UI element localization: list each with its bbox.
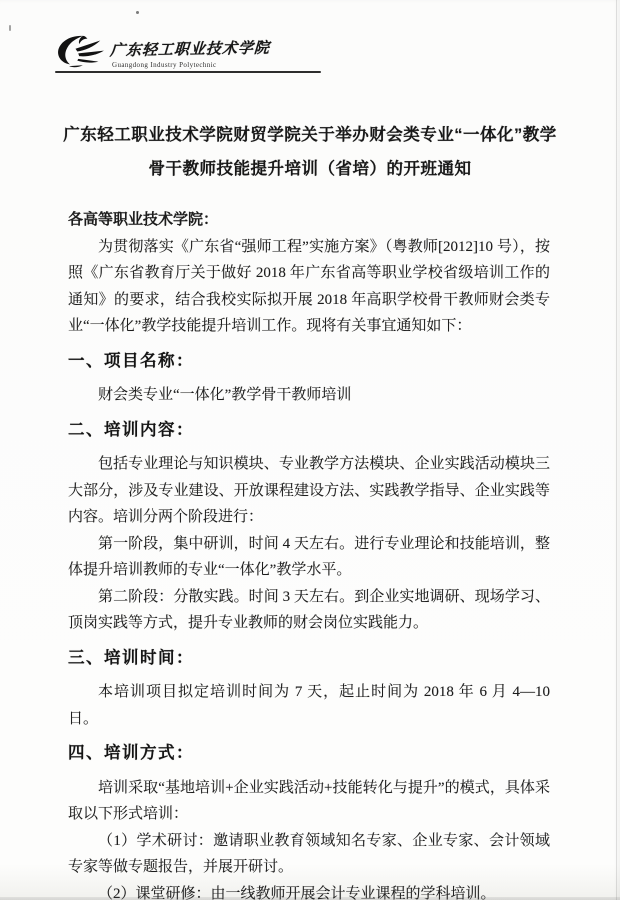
project-name-line: 财会类专业“一体化”教学骨干教师培训 (68, 382, 550, 409)
paragraph-content-overview: 包括专业理论与知识模块、专业教学方法模块、企业实践活动模块三大部分，涉及专业建设… (68, 451, 550, 531)
scanned-notice-page: 广东轻工职业技术学院 Guangdong Industry Polytechni… (0, 0, 620, 900)
salutation: 各高等职业技术学院： (68, 207, 550, 234)
paragraph-method-overview: 培训采取“基地培训+企业实践活动+技能转化与提升”的模式，具体采取以下形式培训： (68, 775, 550, 828)
scan-speck (136, 11, 139, 14)
bird-brush-icon (57, 35, 105, 73)
heading-4-training-method: 四、培训方式： (68, 740, 550, 767)
school-name-en: Guangdong Industry Polytechnic (112, 61, 270, 69)
paragraph-method-1: （1）学术研讨：邀请职业教育领域知名专家、企业专家、会计领域专家等做专题报告，并… (68, 828, 550, 881)
heading-1-project-name: 一、项目名称： (68, 348, 550, 375)
header-divider (55, 71, 321, 73)
notice-title: 广东轻工职业技术学院财贸学院关于举办财会类专业“一体化”教学 骨干教师技能提升培… (34, 118, 586, 186)
notice-body: 各高等职业技术学院： 为贯彻落实《广东省“强师工程”实施方案》（粤教师[2012… (68, 207, 550, 900)
paragraph-intro: 为贯彻落实《广东省“强师工程”实施方案》（粤教师[2012]10 号），按照《广… (68, 234, 550, 340)
notice-title-line1: 广东轻工职业技术学院财贸学院关于举办财会类专业“一体化”教学 (34, 118, 586, 152)
paragraph-stage-1: 第一阶段，集中研训，时间 4 天左右。进行专业理论和技能培训，整体提升培训教师的… (68, 531, 550, 584)
school-logo: 广东轻工职业技术学院 Guangdong Industry Polytechni… (57, 35, 270, 73)
paragraph-time: 本培训项目拟定培训时间为 7 天，起止时间为 2018 年 6 月 4—10 日… (68, 679, 550, 732)
page-right-edge (616, 0, 617, 900)
paragraph-stage-2: 第二阶段：分散实践。时间 3 天左右。到企业实地调研、现场学习、顶岗实践等方式，… (68, 584, 550, 637)
heading-2-training-content: 二、培训内容： (68, 417, 550, 444)
heading-3-training-time: 三、培训时间： (68, 645, 550, 672)
scan-speck (9, 25, 11, 31)
school-name-cn: 广东轻工职业技术学院 (109, 37, 270, 61)
notice-title-line2: 骨干教师技能提升培训（省培）的开班通知 (34, 152, 586, 186)
